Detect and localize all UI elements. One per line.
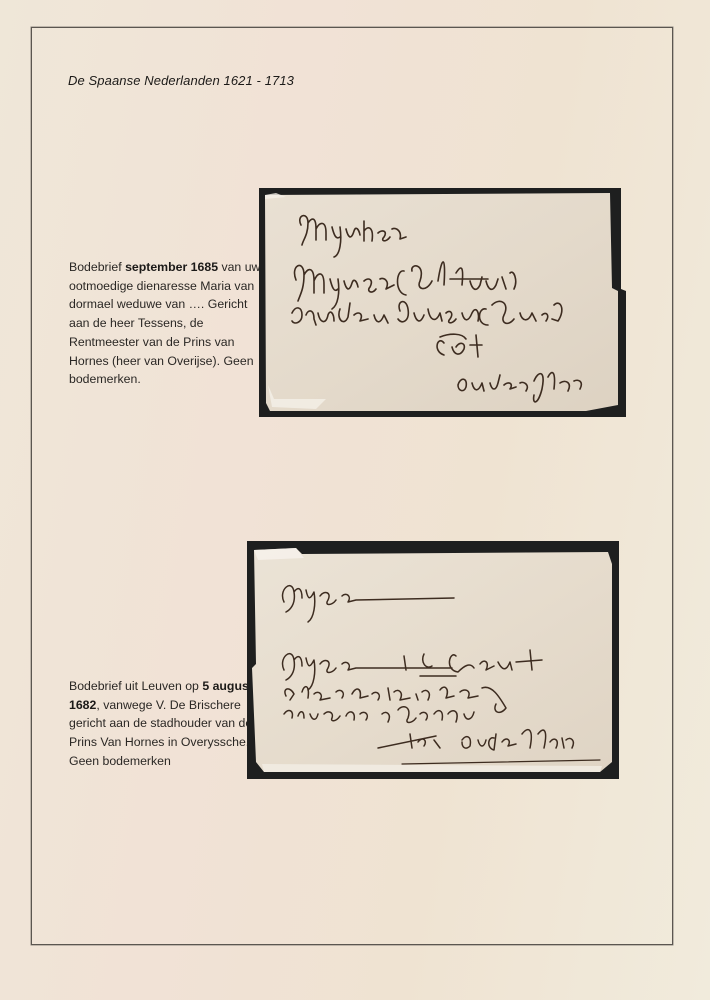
description-date: september 1685	[125, 260, 218, 274]
letter-2-svg	[244, 538, 622, 783]
page-title: De Spaanse Nederlanden 1621 - 1713	[68, 73, 294, 88]
description-text: van uw ootmoedige dienaresse Maria van d…	[69, 260, 260, 386]
letter-description-1: Bodebrief september 1685 van uw ootmoedi…	[69, 258, 269, 389]
letter-image-1	[256, 185, 626, 421]
letter-image-2	[244, 538, 622, 783]
letter-1-svg	[256, 185, 626, 421]
page-frame	[31, 27, 673, 945]
description-prefix: Bodebrief	[69, 260, 125, 274]
letter-description-2: Bodebrief uit Leuven op 5 augusti 1682, …	[69, 677, 269, 771]
description-prefix: Bodebrief uit Leuven op	[69, 679, 202, 693]
description-text: , vanwege V. De Brischere gericht aan de…	[69, 698, 253, 768]
